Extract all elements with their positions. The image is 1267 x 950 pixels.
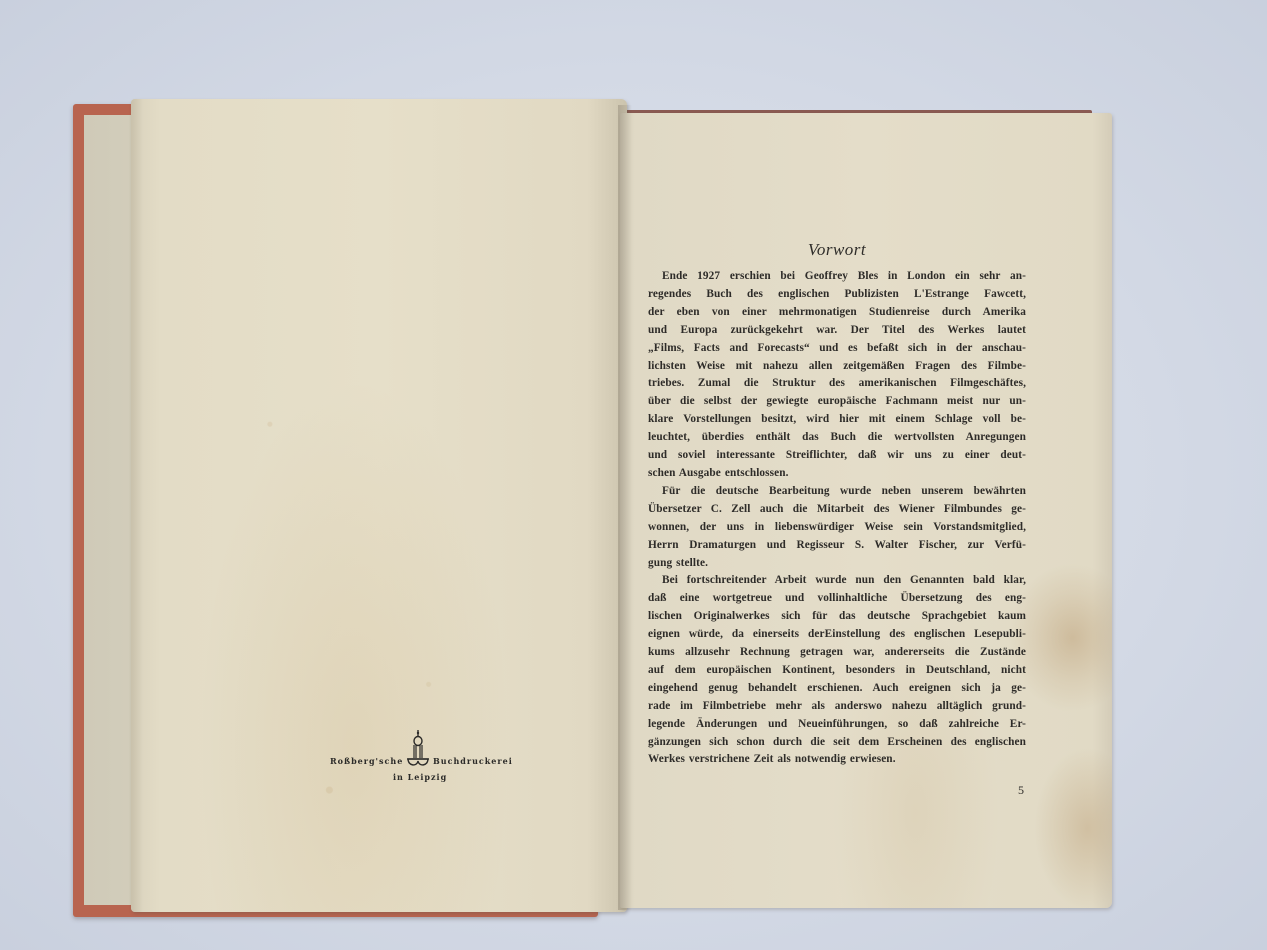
text-line: eingehend genug behandelt erschienen. Au…: [648, 680, 1026, 698]
paragraph-1: Ende 1927 erschien bei Geoffrey Bles in …: [648, 268, 1026, 483]
text-line: regendes Buch des englischen Publizisten…: [648, 286, 1026, 304]
text-line: Herrn Dramaturgen und Regisseur S. Walte…: [648, 537, 1026, 555]
text-line: Für die deutsche Bearbeitung wurde neben…: [648, 483, 1026, 501]
text-line: wonnen, der uns in liebenswürdiger Weise…: [648, 519, 1026, 537]
text-line: Bei fortschreitender Arbeit wurde nun de…: [648, 572, 1026, 590]
imprint-city: in Leipzig: [393, 772, 447, 782]
text-line: Übersetzer C. Zell auch die Mitarbeit de…: [648, 501, 1026, 519]
text-line: gänzungen sich schon durch die seit dem …: [648, 734, 1026, 752]
text-line: rade im Filmbetriebe mehr als anderswo n…: [648, 698, 1026, 716]
text-line: und Europa zurückgekehrt war. Der Titel …: [648, 322, 1026, 340]
text-line: „Films, Facts and Forecasts“ und es befa…: [648, 340, 1026, 358]
text-line: lischen Originalwerkes sich für das deut…: [648, 608, 1026, 626]
text-line: und soviel interessante Streiflichter, d…: [648, 447, 1026, 465]
text-line: legende Änderungen und Neueinführungen, …: [648, 716, 1026, 734]
printer-mark-icon: [405, 730, 431, 770]
text-line: über die selbst der gewiegte europäische…: [648, 393, 1026, 411]
left-page-flyleaf: [131, 99, 627, 912]
page-title: Vorwort: [648, 240, 1026, 260]
open-book-photo: Roßberg'sche Buchdruckerei in Leipzig Vo…: [0, 0, 1267, 950]
left-page-fold-shadow: [131, 99, 143, 912]
text-line: eignen würde, da einerseits derEinstellu…: [648, 626, 1026, 644]
imprint-name-right: Buchdruckerei: [433, 756, 513, 766]
foreword-text-block: Vorwort Ende 1927 erschien bei Geoffrey …: [648, 240, 1026, 769]
paragraph-3: Bei fortschreitender Arbeit wurde nun de…: [648, 572, 1026, 769]
text-line: klare Vorstellungen besitzt, wird hier m…: [648, 411, 1026, 429]
text-line: Ende 1927 erschien bei Geoffrey Bles in …: [648, 268, 1026, 286]
imprint-name-left: Roßberg'sche: [330, 756, 403, 766]
text-line: triebes. Zumal die Struktur des amerikan…: [648, 375, 1026, 393]
text-line: lichsten Weise mit nahezu allen zeitgemä…: [648, 358, 1026, 376]
text-line: daß eine wortgetreue und vollinhaltliche…: [648, 590, 1026, 608]
text-line: gung stellte.: [648, 555, 1026, 573]
text-line: kums allzusehr Rechnung getragen war, an…: [648, 644, 1026, 662]
text-line: leuchtet, überdies enthält das Buch die …: [648, 429, 1026, 447]
text-line: auf dem europäischen Kontinent, besonder…: [648, 662, 1026, 680]
printer-imprint: Roßberg'sche Buchdruckerei in Leipzig: [325, 728, 515, 788]
gutter-shadow: [618, 105, 632, 910]
text-line: schen Ausgabe entschlossen.: [648, 465, 1026, 483]
page-number: 5: [1018, 783, 1024, 798]
text-line: der eben von einer mehrmonatigen Studien…: [648, 304, 1026, 322]
text-line: Werkes verstrichene Zeit als notwendig e…: [648, 751, 1026, 769]
paragraph-2: Für die deutsche Bearbeitung wurde neben…: [648, 483, 1026, 573]
